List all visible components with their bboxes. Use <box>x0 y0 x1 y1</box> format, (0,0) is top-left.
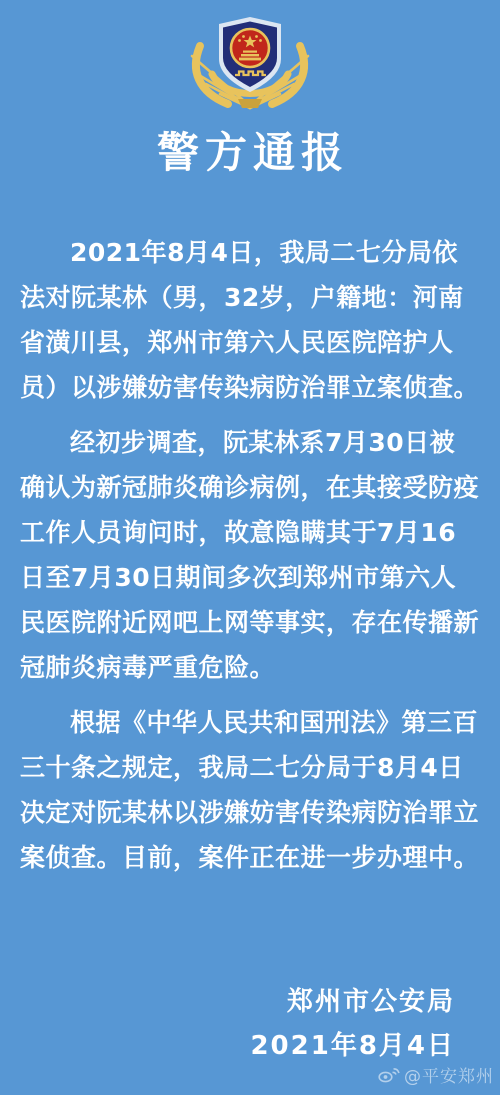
signature-block: 郑州市公安局 2021年8月4日 <box>0 980 500 1068</box>
notice-paragraph-3: 根据《中华人民共和国刑法》第三百三十条之规定，我局二七分局于8月4日决定对阮某林… <box>20 700 480 880</box>
police-badge-icon <box>184 14 316 110</box>
notice-title: 警方通报 <box>0 120 500 180</box>
notice-paragraph-1: 2021年8月4日，我局二七分局依法对阮某林（男，32岁，户籍地：河南省潢川县，… <box>20 230 480 410</box>
weibo-watermark: @平安郑州 <box>378 1062 494 1087</box>
notice-paragraph-2: 经初步调查，阮某林系7月30日被确认为新冠肺炎确诊病例，在其接受防疫工作人员询问… <box>20 420 480 690</box>
police-notice-poster: 警方通报 2021年8月4日，我局二七分局依法对阮某林（男，32岁，户籍地：河南… <box>0 0 500 1095</box>
watermark-text: @平安郑州 <box>404 1062 494 1087</box>
weibo-icon <box>378 1066 400 1083</box>
notice-body: 2021年8月4日，我局二七分局依法对阮某林（男，32岁，户籍地：河南省潢川县，… <box>0 230 500 890</box>
issuer-name: 郑州市公安局 <box>0 980 455 1024</box>
police-badge-emblem <box>184 14 316 110</box>
